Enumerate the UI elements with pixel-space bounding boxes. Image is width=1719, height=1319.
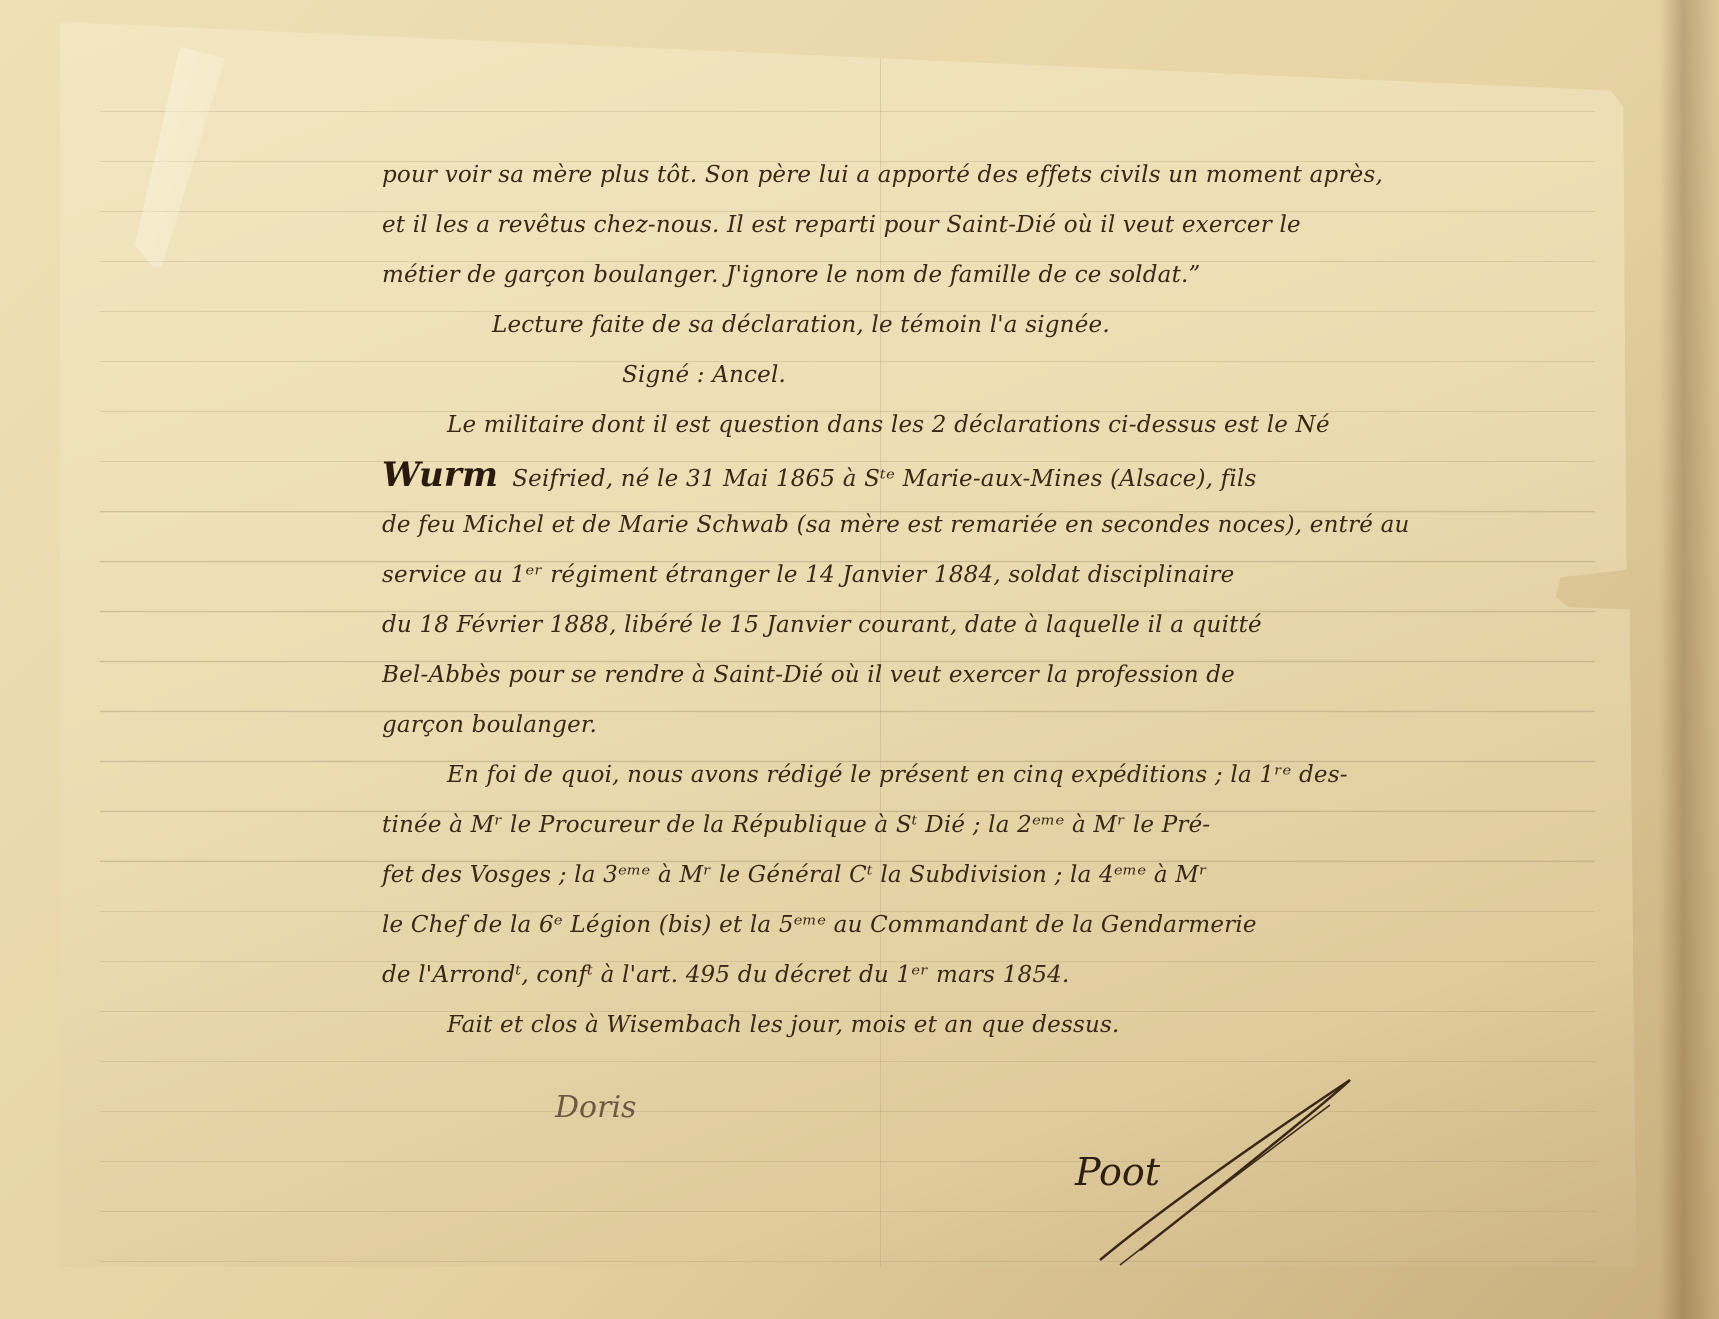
text-line-with-surname: WurmSeifried, né le 31 Mai 1865 à Sᵗᵉ Ma…: [382, 450, 1532, 500]
text-line: Bel-Abbès pour se rendre à Saint-Dié où …: [382, 650, 1532, 700]
text-line: métier de garçon boulanger. J'ignore le …: [382, 250, 1532, 300]
signature-flourish-icon: [1080, 1060, 1360, 1270]
signature-left: Doris: [555, 1090, 636, 1125]
surname: Wurm: [382, 455, 498, 495]
text-line: de l'Arrondᵗ, confᵗ à l'art. 495 du décr…: [382, 950, 1532, 1000]
text-line: En foi de quoi, nous avons rédigé le pré…: [382, 750, 1532, 800]
text-line: le Chef de la 6ᵉ Légion (bis) et la 5ᵉᵐᵉ…: [382, 900, 1532, 950]
text-line: garçon boulanger.: [382, 700, 1532, 750]
text-line: tinée à Mʳ le Procureur de la République…: [382, 800, 1532, 850]
handwritten-text: pour voir sa mère plus tôt. Son père lui…: [382, 150, 1532, 1050]
backdrop-shadow: [1659, 0, 1719, 1319]
text-line: service au 1ᵉʳ régiment étranger le 14 J…: [382, 550, 1532, 600]
text-line: Seifried, né le 31 Mai 1865 à Sᵗᵉ Marie-…: [512, 466, 1256, 492]
text-line: Lecture faite de sa déclaration, le témo…: [382, 300, 1532, 350]
text-line: pour voir sa mère plus tôt. Son père lui…: [382, 150, 1532, 200]
text-line-signed: Signé : Ancel.: [382, 350, 1532, 400]
text-line: Le militaire dont il est question dans l…: [382, 400, 1532, 450]
text-line-closing: Fait et clos à Wisembach les jour, mois …: [382, 1000, 1532, 1050]
text-line: du 18 Février 1888, libéré le 15 Janvier…: [382, 600, 1532, 650]
text-line: fet des Vosges ; la 3ᵉᵐᵉ à Mʳ le Général…: [382, 850, 1532, 900]
text-line: et il les a revêtus chez-nous. Il est re…: [382, 200, 1532, 250]
text-line: de feu Michel et de Marie Schwab (sa mèr…: [382, 500, 1532, 550]
